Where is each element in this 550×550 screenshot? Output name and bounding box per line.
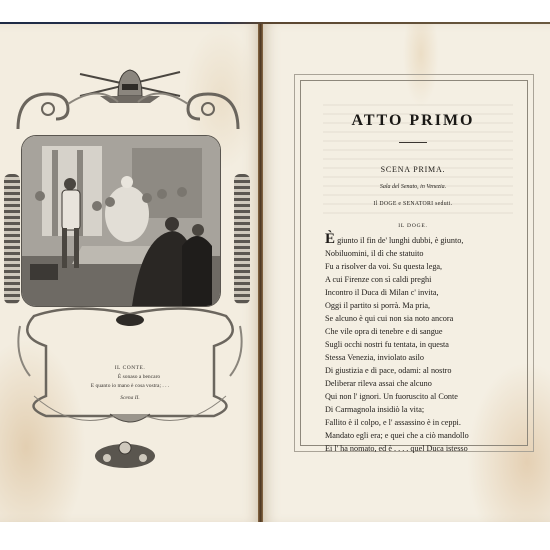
verse-line: Fallito è il colpo, e l' assassino è in … [325,416,523,429]
scene-title: SCENA PRIMA. [303,165,523,174]
verse-line: Mandato egli era; e quei che a ciò mando… [325,429,523,442]
verse-line: Oggi il partito si porrà. Ma pria, [325,299,523,312]
acanthus-scroll-frame-top [8,74,248,134]
characters-on-stage: Il DOGE e SENATORI seduti. [303,201,523,207]
speaker-name: IL DOGE. [303,223,523,229]
title-rule [399,142,427,143]
verse-line: Stessa Venezia, inviolato asilo [325,351,523,364]
right-page: ATTO PRIMO SCENA PRIMA. Sala del Senato,… [263,24,550,522]
verse-line: Sugli occhi nostri fu tentata, in questa [325,338,523,351]
illustration-caption: IL CONTE. È sonaso a bencaro E quanto io… [60,364,200,403]
drop-initial: È [325,231,335,247]
caption-scene: Scena II. [60,394,200,403]
verse-block: È giunto il fin de' lunghi dubbi, è giun… [303,234,523,455]
verse-line: È giunto il fin de' lunghi dubbi, è giun… [325,234,523,247]
verse-line: Incontro il Duca di Milan c' invita, [325,286,523,299]
act-title: ATTO PRIMO [303,112,523,130]
engraving-senate-scene [22,136,220,306]
caption-line-2: E quanto io mano è cosa vostra; . . . [60,382,200,391]
verse-line: A cui Firenze con sì caldi preghi [325,273,523,286]
verse-line: Deliberar rileva assai che alcuno [325,377,523,390]
verse-line-rest: giunto il fin de' lunghi dubbi, è giunto… [335,236,463,245]
verse-line: Di giustizia e di pace, odami: al nostro [325,364,523,377]
scene-setting: Sala del Senato, in Venezia. [303,184,523,190]
verse-line: Se alcuno è qui cui non sia noto ancora [325,312,523,325]
verse-line: Di Carmagnola insidiò la vita; [325,403,523,416]
left-arms-pillar-ornament [4,174,20,304]
left-page: IL CONTE. È sonaso a bencaro E quanto io… [0,24,260,522]
verse-line: Fu a risolver da voi. Su questa lega, [325,260,523,273]
right-arms-pillar-ornament [234,174,250,304]
verse-line: Qui non l' ignori. Un fuoruscito al Cont… [325,390,523,403]
floral-pendant-ornament [85,434,165,474]
verse-line: Che vile opra di tenebre e di sangue [325,325,523,338]
caption-speaker: IL CONTE. [60,364,200,373]
verse-line: Ei l' ha nomato, ed è . . . . quel Duca … [325,442,523,455]
open-book: IL CONTE. È sonaso a bencaro E quanto io… [0,22,550,524]
verse-line: Nobiluomini, il dì che statuito [325,247,523,260]
play-text: ATTO PRIMO SCENA PRIMA. Sala del Senato,… [303,80,523,455]
caption-line-1: È sonaso a bencaro [60,373,200,382]
